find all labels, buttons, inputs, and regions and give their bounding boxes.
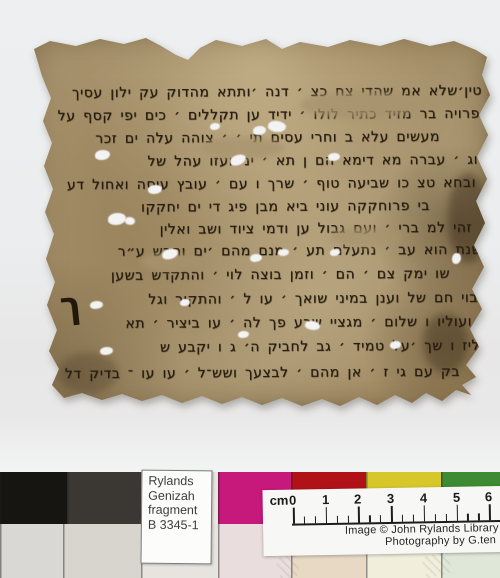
label-line: Rylands	[148, 474, 209, 489]
ruler-tick	[413, 515, 414, 522]
cm-ruler: cm 0 1 2 3 4 5 6 Image © John Rylands Li…	[262, 486, 500, 556]
ruler-tick	[325, 507, 327, 523]
ruler-tick	[358, 506, 360, 522]
ruler-tick	[315, 516, 316, 523]
photography-credit-line: Photography by G.ten . Mar	[385, 534, 500, 548]
stain	[448, 173, 488, 263]
ruler-tick	[380, 515, 381, 522]
ruler-tick	[336, 516, 337, 523]
ruler-number: 4	[413, 490, 433, 505]
ruler-tick	[445, 514, 446, 521]
script-line: בי פרוחקקה עוני ביא מבן פיג די ים יחקקו	[42, 198, 430, 219]
color-patch	[0, 472, 67, 524]
script-line: ליז ו שך ׳על טמיד ׳ גב לחביק ה׳ ג ו יקבע…	[54, 338, 480, 360]
script-line: ועוליו ו שלום ׳ מגציי שרע פך לה ׳ עו ביצ…	[40, 314, 472, 336]
ruler-tick	[467, 514, 468, 521]
ruler-tick	[391, 506, 393, 522]
hole	[210, 123, 220, 130]
parchment: טין׳שלא אמ שהדי צח כצ ׳ דנה ׳ותתא מהדוק …	[28, 33, 490, 409]
manuscript-fragment: טין׳שלא אמ שהדי צח כצ ׳ דנה ׳ותתא מהדוק …	[28, 33, 490, 409]
ruler-tick	[402, 515, 403, 522]
script-line: בוי חם של וענן במיני שואך ׳ עו ל ׳ והתקי…	[83, 290, 478, 311]
color-patch	[0, 524, 63, 578]
label-line: fragment	[148, 503, 209, 518]
ruler-tick	[304, 516, 305, 523]
script-line: בק עם גי ז ׳ אן מהם ׳ לבצעך ושש־ל ׳ עו ע…	[58, 364, 460, 385]
ruler-tick	[424, 505, 426, 521]
large-script-glyph: ך	[58, 284, 83, 327]
ruler-tick	[435, 514, 436, 521]
faded-area	[330, 227, 400, 247]
ruler-number: 0	[282, 492, 302, 507]
label-line: B 3345-1	[148, 517, 209, 532]
ruler-number: 3	[380, 491, 400, 506]
ruler-tick	[347, 516, 348, 523]
stain	[58, 353, 118, 393]
fragment-label: Rylands Genizah fragment B 3345-1	[141, 470, 213, 565]
ruler-tick	[369, 515, 370, 522]
ruler-number: 2	[347, 491, 367, 506]
hole	[238, 331, 249, 338]
ruler-tick	[489, 504, 491, 520]
script-line: שו ימק צם ׳ הם ׳ וזמן בוצה לוי ׳ והתקדש …	[50, 266, 450, 287]
ruler-number: 5	[446, 490, 466, 505]
ruler-tick	[293, 508, 295, 524]
label-line: Genizah	[148, 488, 209, 503]
ruler-number: 1	[315, 492, 335, 507]
script-line: ובחא טצ כו שביעה טוף ׳ שרך ו עם ׳ עובץ ע…	[53, 175, 476, 197]
ruler-tick	[478, 513, 479, 520]
faded-area	[300, 91, 420, 119]
color-patch	[67, 472, 141, 524]
stain	[423, 313, 468, 373]
color-patch	[63, 524, 141, 578]
hole	[452, 253, 461, 264]
ruler-number: 6	[478, 489, 498, 504]
ruler-tick	[456, 505, 458, 521]
